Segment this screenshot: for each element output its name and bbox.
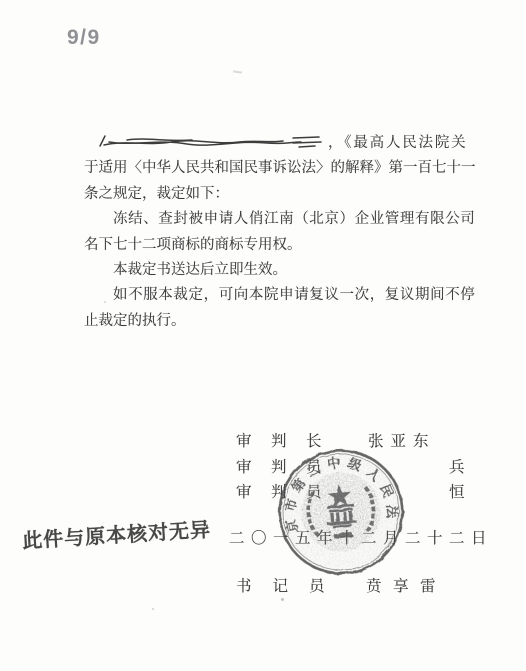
- body-line: 于适用〈中华人民共和国民事诉讼法〉的解释》第一百七十一: [84, 156, 484, 181]
- body-line: 名下七十二项商标的商标专用权。: [84, 233, 484, 258]
- clerk-name: 贲享雷: [366, 574, 447, 596]
- scanned-court-ruling-page: 9/9 ，《最高人民法院关 于适用〈中华人民共和国民事诉讼法〉的解释》第一百七十…: [0, 0, 526, 671]
- body-line: 冻结、查封被申请人俏江南（北京）企业管理有限公司: [84, 207, 484, 232]
- ruling-body: ，《最高人民法院关 于适用〈中华人民共和国民事诉讼法〉的解释》第一百七十一 条之…: [84, 131, 484, 334]
- judge-name-3: 恒: [449, 480, 465, 502]
- body-line: 止裁定的执行。: [84, 309, 484, 334]
- body-line: 本裁定书送达后立即生效。: [84, 258, 484, 283]
- scan-artifact: [152, 608, 154, 610]
- body-line: 如不服本裁定，可向本院申请复议一次，复议期间不停: [84, 283, 484, 308]
- seal-toner-texture-outer: [277, 448, 406, 577]
- page-indicator: 9/9: [67, 26, 101, 50]
- body-line-text: ，《最高人民法院关: [328, 135, 467, 151]
- body-line: 条之规定，裁定如下：: [84, 182, 484, 207]
- judge-name-2: 兵: [449, 455, 465, 477]
- scan-artifact: [281, 598, 284, 601]
- scan-artifact: [104, 301, 106, 303]
- scan-artifact: [233, 70, 242, 73]
- redaction-scribble: [97, 134, 327, 149]
- verification-stamp: 此件与原本核对无异: [21, 513, 211, 553]
- body-line: ，《最高人民法院关: [84, 131, 484, 156]
- court-seal: 北京市第二中级人民法院: [269, 440, 412, 583]
